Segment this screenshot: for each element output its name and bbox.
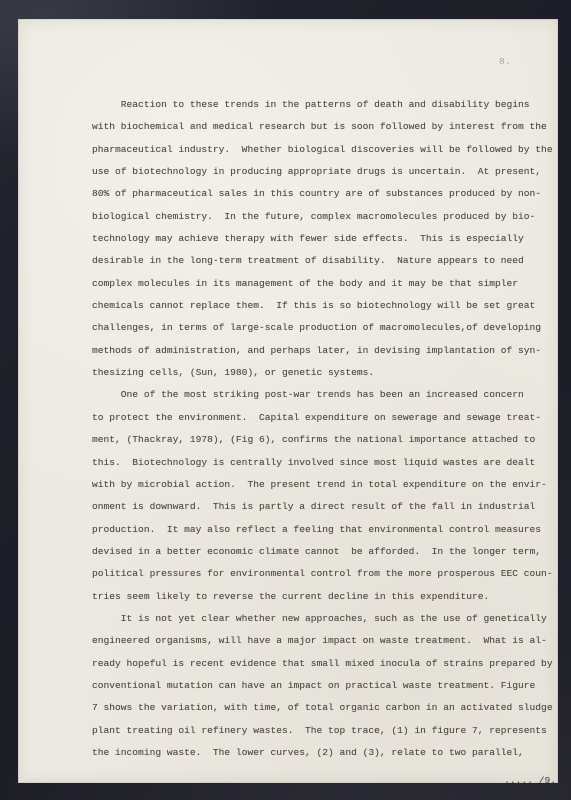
text-line: One of the most striking post-war trends… [92, 384, 566, 406]
text-line: 80% of pharmaceutical sales in this coun… [92, 183, 566, 205]
text-line: this. Biotechnology is centrally involve… [92, 452, 566, 474]
text-line: tries seem likely to reverse the current… [92, 586, 566, 608]
text-line: desirable in the long-term treatment of … [92, 250, 566, 272]
scanned-document-photo: 8. Reaction to these trends in the patte… [0, 0, 571, 800]
text-line: to protect the environment. Capital expe… [92, 407, 566, 429]
continuation-marker: ..... /9. [92, 775, 556, 786]
text-line: complex molecules in its management of t… [92, 273, 566, 295]
document-page: 8. Reaction to these trends in the patte… [18, 19, 558, 783]
text-line: conventional mutation can have an impact… [92, 675, 566, 697]
text-line: It is not yet clear whether new approach… [92, 608, 566, 630]
text-line: plant treating oil refinery wastes. The … [92, 720, 566, 742]
text-line: thesizing cells, (Sun, 1980), or genetic… [92, 362, 566, 384]
text-line: challenges, in terms of large-scale prod… [92, 317, 566, 339]
text-line: 7 shows the variation, with time, of tot… [92, 697, 566, 719]
text-line: use of biotechnology in producing approp… [92, 161, 566, 183]
text-line: engineered organisms, will have a major … [92, 630, 566, 652]
text-line: ready hopeful is recent evidence that sm… [92, 653, 566, 675]
text-line: technology may achieve therapy with fewe… [92, 228, 566, 250]
text-line: ment, (Thackray, 1978), (Fig 6), confirm… [92, 429, 566, 451]
typewritten-text-block: Reaction to these trends in the patterns… [92, 94, 566, 764]
text-line: with biochemical and medical research bu… [92, 116, 566, 138]
text-line: with by microbial action. The present tr… [92, 474, 566, 496]
text-line: chemicals cannot replace them. If this i… [92, 295, 566, 317]
page-number: 8. [499, 56, 511, 67]
text-line: devised in a better economic climate can… [92, 541, 566, 563]
text-line: onment is downward. This is partly a dir… [92, 496, 566, 518]
text-line: Reaction to these trends in the patterns… [92, 94, 566, 116]
text-line: pharmaceutical industry. Whether biologi… [92, 139, 566, 161]
text-line: production. It may also reflect a feelin… [92, 519, 566, 541]
text-line: the incoming waste. The lower curves, (2… [92, 742, 566, 764]
text-line: biological chemistry. In the future, com… [92, 206, 566, 228]
text-line: political pressures for environmental co… [92, 563, 566, 585]
text-line: methods of administration, and perhaps l… [92, 340, 566, 362]
